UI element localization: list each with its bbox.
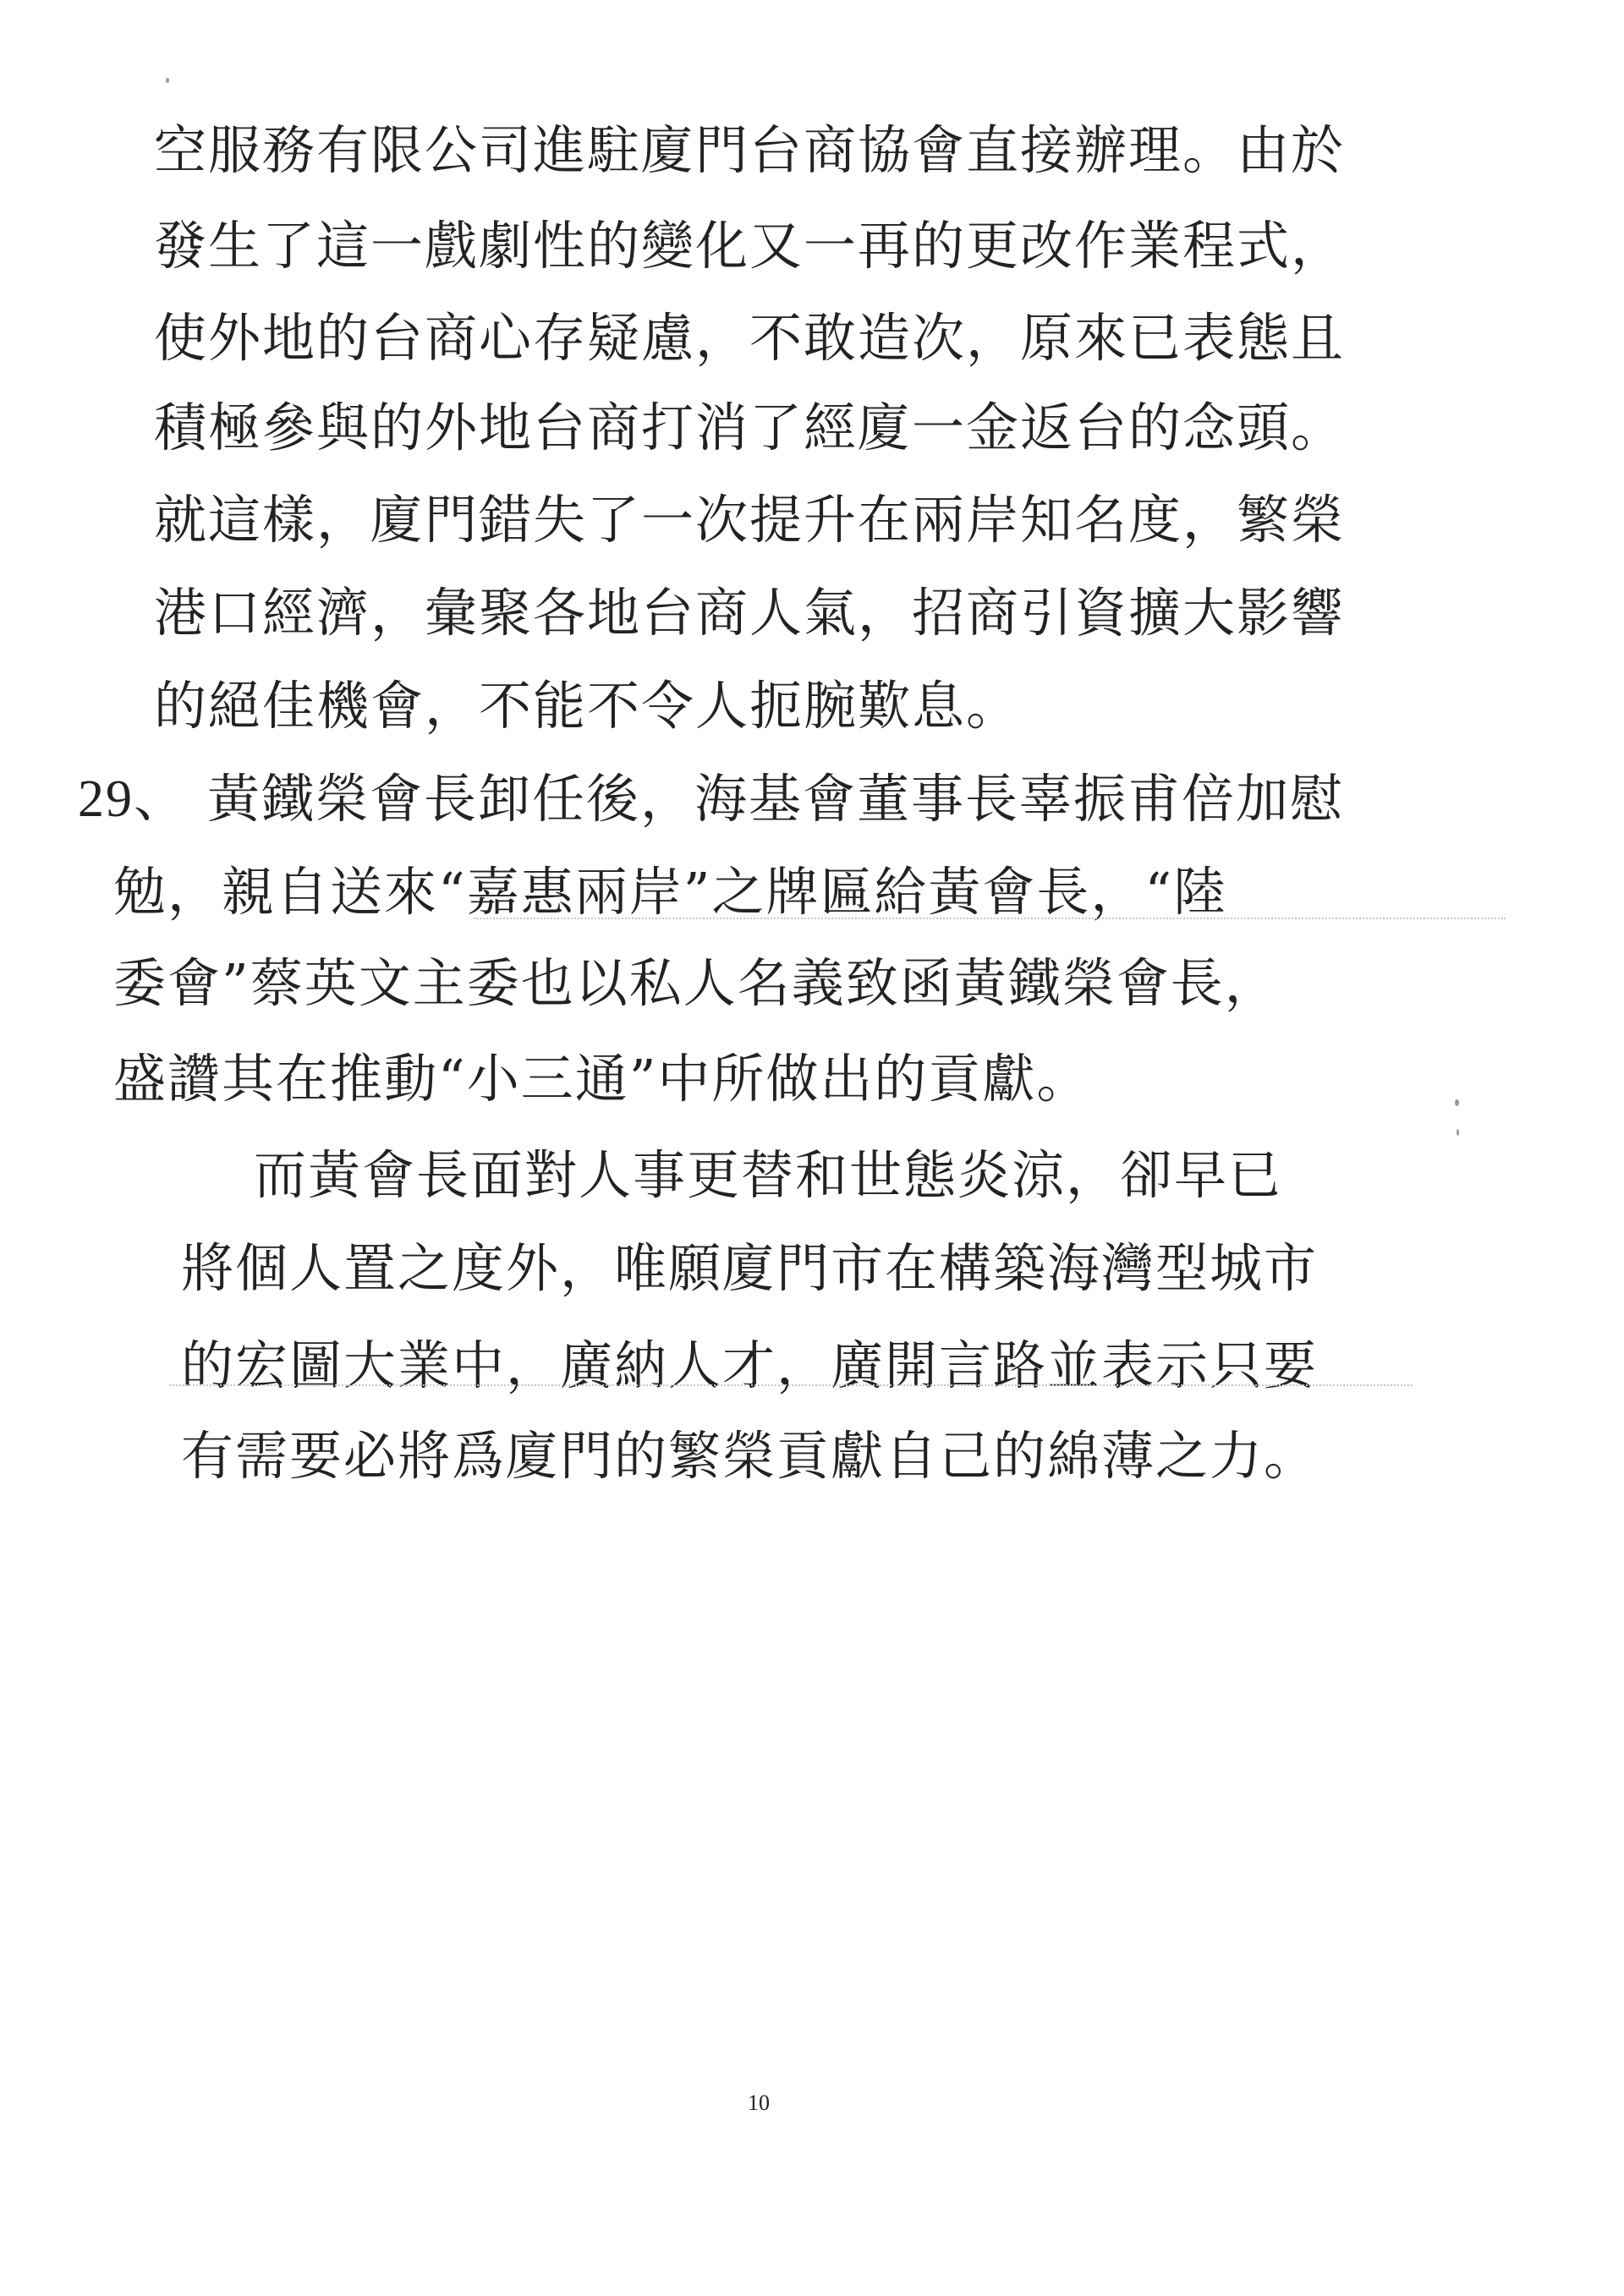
text-line: 空服務有限公司進駐廈門台商協會直接辦理。由於 [154, 117, 1345, 184]
text-line: 就這樣，廈門錯失了一次提升在兩岸知名度，繁榮 [154, 486, 1345, 554]
text-line: 有需要必將爲廈門的繁榮貢獻自己的綿薄之力。 [181, 1422, 1318, 1490]
scan-artifact-line [169, 1384, 1413, 1387]
text-line: 發生了這一戲劇性的變化又一再的更改作業程式， [154, 212, 1345, 280]
text-line: 將個人置之度外，唯願廈門市在構築海灣型城市 [181, 1235, 1318, 1302]
document-page: 空服務有限公司進駐廈門台商協會直接辦理。由於 發生了這一戲劇性的變化又一再的更改… [0, 0, 1624, 2296]
scan-artifact-dot [1455, 1099, 1459, 1106]
text-line: 積極參與的外地台商打消了經廈一金返台的念頭。 [154, 394, 1345, 462]
scan-artifact-line [474, 918, 1506, 920]
text-line: 盛讚其在推動“小三通”中所做出的貢獻。 [113, 1045, 1090, 1113]
text-line: 黃鐵榮會長卸任後，海基會董事長辜振甫倍加慰 [207, 765, 1344, 833]
text-line: 而黃會長面對人事更替和世態炎涼，卻早已 [254, 1142, 1282, 1209]
list-item-number: 29、 [78, 765, 188, 833]
text-line: 的絕佳機會，不能不令人扼腕歎息。 [154, 672, 1020, 740]
scan-artifact-dot [1457, 1129, 1459, 1136]
text-line: 勉，親自送來“嘉惠兩岸”之牌匾給黃會長，“陸 [113, 858, 1227, 926]
text-line: 港口經濟，彙聚各地台商人氣，招商引資擴大影響 [154, 579, 1345, 647]
page-number: 10 [748, 2091, 770, 2116]
text-line: 委會”蔡英文主委也以私人名義致函黃鐵榮會長， [113, 950, 1279, 1017]
scan-artifact-dot [166, 78, 169, 83]
text-line: 的宏圖大業中，廣納人才，廣開言路並表示只要 [181, 1332, 1318, 1400]
text-line: 使外地的台商心存疑慮，不敢造次，原來已表態且 [154, 304, 1345, 372]
